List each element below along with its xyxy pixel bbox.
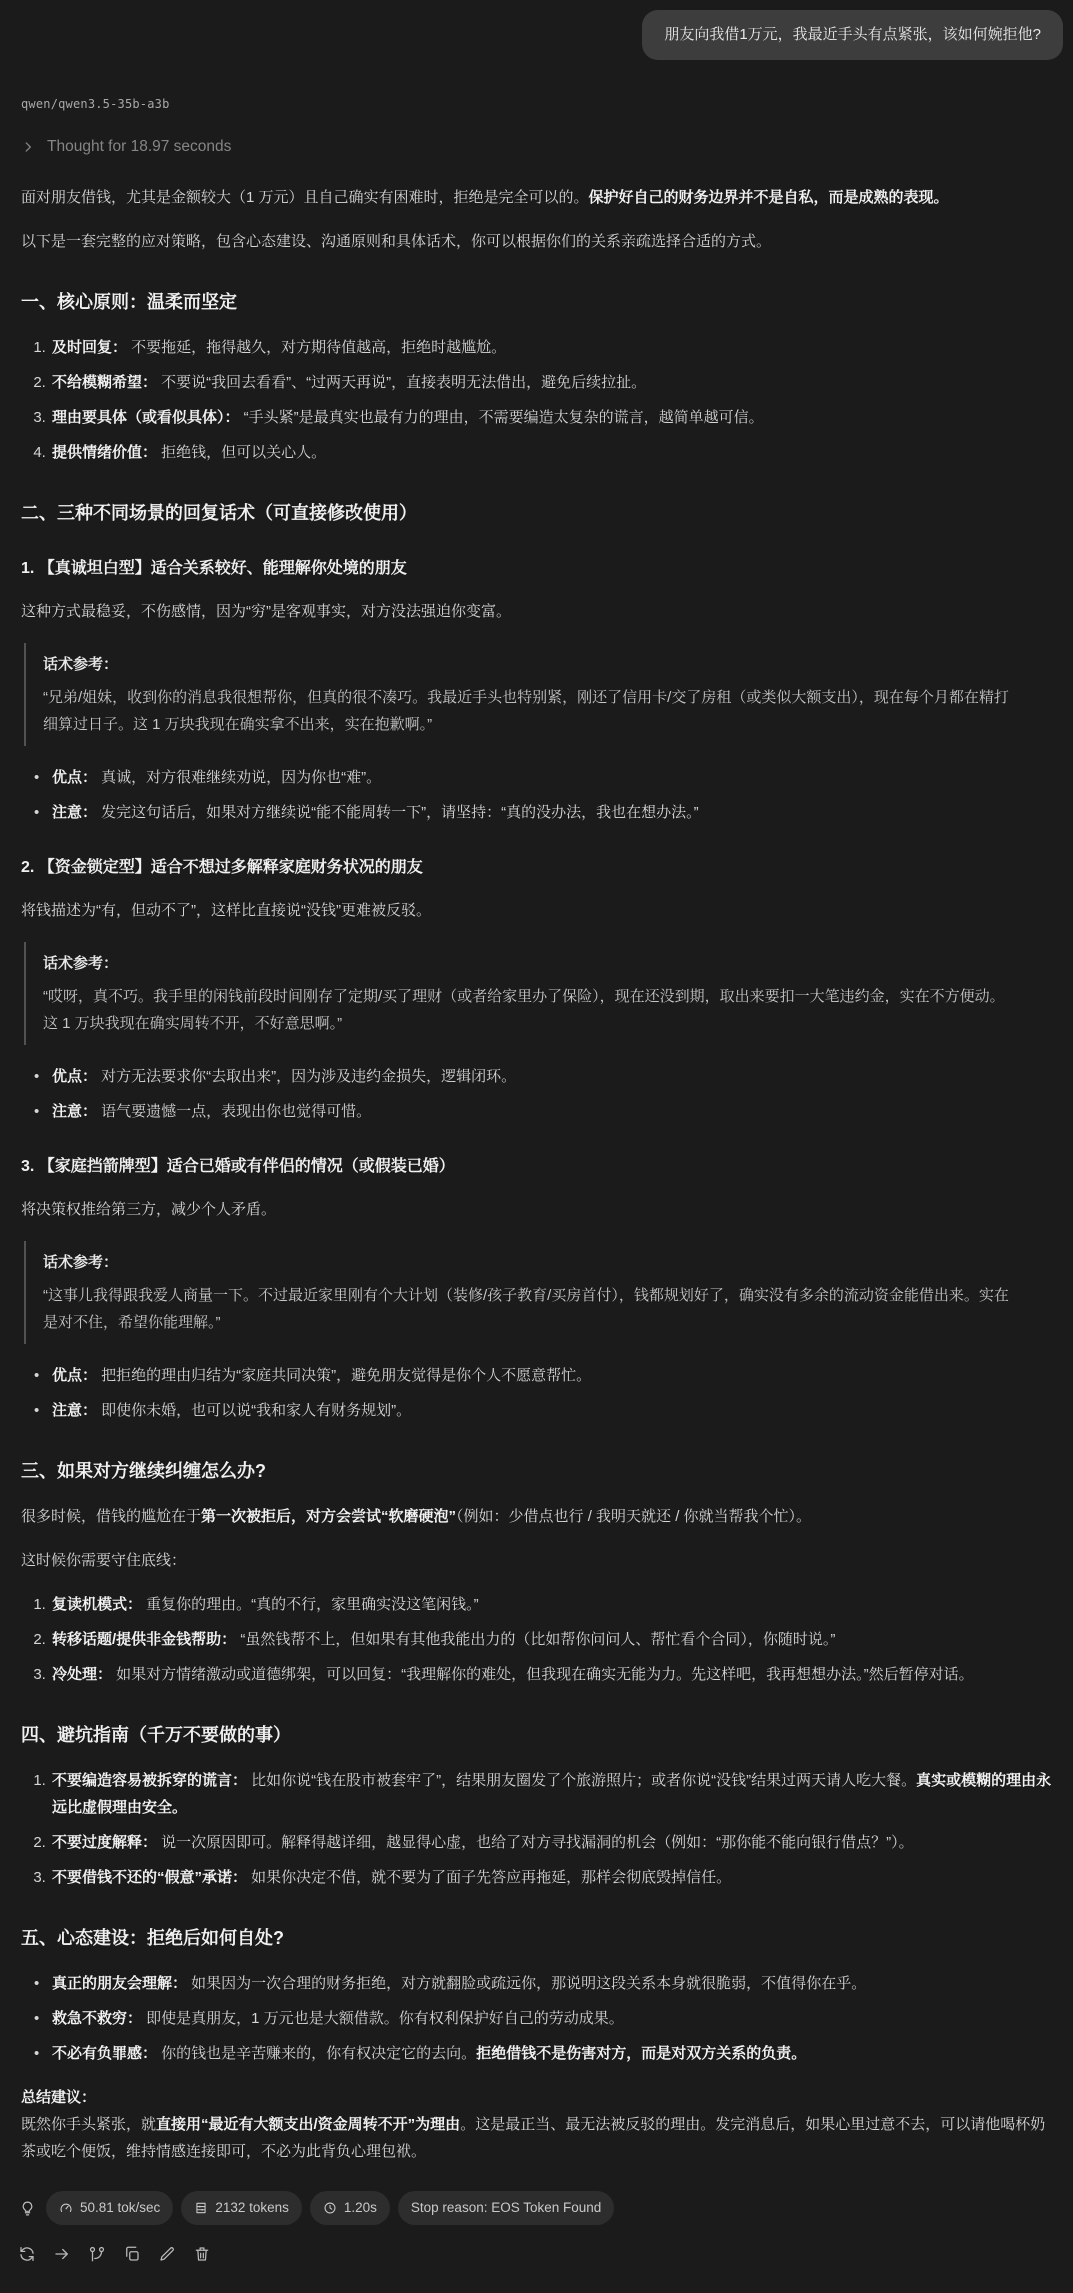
git-branch-icon	[88, 2245, 106, 2263]
section-heading: 四、避坑指南（千万不要做的事）	[21, 1722, 1052, 1749]
speed-pill: 50.81 tok/sec	[46, 2191, 173, 2225]
tokens-icon	[194, 2201, 208, 2215]
quote-block: 话术参考：“兄弟/姐妹，收到你的消息我很想帮你，但真的很不凑巧。我最近手头也特别…	[24, 643, 1052, 746]
list: 真正的朋友会理解： 如果因为一次合理的财务拒绝，对方就翻脸或疏远你，那说明这段关…	[21, 1970, 1052, 2067]
edit-button[interactable]	[154, 2241, 180, 2267]
list-item: 不要过度解释： 说一次原因即可。解释得越详细，越显得心虚，也给了对方寻找漏洞的机…	[50, 1829, 1052, 1856]
list-item: 不必有负罪感： 你的钱也是辛苦赚来的，你有权决定它的去向。拒绝借钱不是伤害对方，…	[50, 2040, 1052, 2067]
model-name-label: qwen/qwen3.5-35b-a3b	[21, 94, 1052, 116]
time-value: 1.20s	[344, 2196, 377, 2220]
list-item: 不要编造容易被拆穿的谎言： 比如你说“钱在股市被套牢了”，结果朋友圈发了个旅游照…	[50, 1767, 1052, 1821]
list-item: 理由要具体（或看似具体）： “手头紧”是最真实也最有力的理由，不需要编造太复杂的…	[50, 404, 1052, 431]
stats-row: 50.81 tok/sec 2132 tokens 1.20s Stop rea…	[17, 2191, 1052, 2225]
section-heading: 五、心态建设：拒绝后如何自处?	[21, 1925, 1052, 1952]
section-heading: 一、核心原则：温柔而坚定	[21, 289, 1052, 316]
paragraph: 这时候你需要守住底线：	[21, 1547, 1052, 1574]
list-item: 救急不救穷： 即使是真朋友，1 万元也是大额借款。你有权利保护好自己的劳动成果。	[50, 2005, 1052, 2032]
paragraph: 总结建议：既然你手头紧张，就直接用“最近有大额支出/资金周转不开”为理由。这是最…	[21, 2084, 1052, 2165]
section-heading: 二、三种不同场景的回复话术（可直接修改使用）	[21, 500, 1052, 527]
list-item: 优点： 对方无法要求你“去取出来”，因为涉及违约金损失，逻辑闭环。	[50, 1063, 1052, 1090]
arrow-right-icon	[53, 2245, 71, 2263]
list: 复读机模式： 重复你的理由。“真的不行，家里确实没这笔闲钱。”转移话题/提供非金…	[21, 1591, 1052, 1688]
list-item: 注意： 发完这句话后，如果对方继续说“能不能周转一下”，请坚持：“真的没办法，我…	[50, 799, 1052, 826]
section-heading: 三、如果对方继续纠缠怎么办?	[21, 1458, 1052, 1485]
trash-icon	[193, 2245, 211, 2263]
list: 优点： 真诚，对方很难继续劝说，因为你也“难”。注意： 发完这句话后，如果对方继…	[21, 764, 1052, 826]
list-item: 提供情绪价值： 拒绝钱，但可以关心人。	[50, 439, 1052, 466]
subsection-heading: 3. 【家庭挡箭牌型】适合已婚或有伴侣的情况（或假装已婚）	[21, 1155, 1052, 1179]
quote-block: 话术参考：“这事儿我得跟我爱人商量一下。不过最近家里刚有个大计划（装修/孩子教育…	[24, 1241, 1052, 1344]
regenerate-button[interactable]	[14, 2241, 40, 2267]
list-item: 注意： 即使你未婚，也可以说“我和家人有财务规划”。	[50, 1397, 1052, 1424]
list: 优点： 把拒绝的理由归结为“家庭共同决策”，避免朋友觉得是你个人不愿意帮忙。注意…	[21, 1362, 1052, 1424]
list-item: 优点： 把拒绝的理由归结为“家庭共同决策”，避免朋友觉得是你个人不愿意帮忙。	[50, 1362, 1052, 1389]
list-item: 转移话题/提供非金钱帮助： “虽然钱帮不上，但如果有其他我能出力的（比如帮你问问…	[50, 1626, 1052, 1653]
chevron-right-icon	[21, 140, 35, 154]
stop-reason-value: Stop reason: EOS Token Found	[411, 2196, 601, 2220]
paragraph: 面对朋友借钱，尤其是金额较大（1 万元）且自己确实有困难时，拒绝是完全可以的。保…	[21, 184, 1052, 211]
list-item: 不给模糊希望： 不要说“我回去看看”、“过两天再说”，直接表明无法借出，避免后续…	[50, 369, 1052, 396]
chat-container: 朋友向我借1万元，我最近手头有点紧张，该如何婉拒他? qwen/qwen3.5-…	[0, 0, 1073, 2293]
subsection-heading: 2. 【资金锁定型】适合不想过多解释家庭财务状况的朋友	[21, 856, 1052, 880]
pencil-icon	[158, 2245, 176, 2263]
list: 优点： 对方无法要求你“去取出来”，因为涉及违约金损失，逻辑闭环。注意： 语气要…	[21, 1063, 1052, 1125]
branch-button[interactable]	[84, 2241, 110, 2267]
subsection-heading: 1. 【真诚坦白型】适合关系较好、能理解你处境的朋友	[21, 557, 1052, 581]
tokens-value: 2132 tokens	[215, 2196, 289, 2220]
continue-button[interactable]	[49, 2241, 75, 2267]
list-item: 真正的朋友会理解： 如果因为一次合理的财务拒绝，对方就翻脸或疏远你，那说明这段关…	[50, 1970, 1052, 1997]
lightbulb-icon[interactable]	[17, 2198, 38, 2219]
time-pill: 1.20s	[310, 2191, 390, 2225]
quote-block: 话术参考：“哎呀，真不巧。我手里的闲钱前段时间刚存了定期/买了理财（或者给家里办…	[24, 942, 1052, 1045]
message-actions	[14, 2241, 1052, 2267]
regenerate-icon	[18, 2245, 36, 2263]
markdown-body: 面对朋友借钱，尤其是金额较大（1 万元）且自己确实有困难时，拒绝是完全可以的。保…	[0, 161, 1073, 2165]
list-item: 不要借钱不还的“假意”承诺： 如果你决定不借，就不要为了面子先答应再拖延，那样会…	[50, 1864, 1052, 1891]
list-item: 复读机模式： 重复你的理由。“真的不行，家里确实没这笔闲钱。”	[50, 1591, 1052, 1618]
gauge-icon	[59, 2201, 73, 2215]
thought-label: Thought for 18.97 seconds	[47, 133, 231, 161]
stop-reason-pill: Stop reason: EOS Token Found	[398, 2191, 614, 2225]
copy-button[interactable]	[119, 2241, 145, 2267]
paragraph: 这种方式最稳妥，不伤感情，因为“穷”是客观事实，对方没法强迫你变富。	[21, 598, 1052, 625]
thought-toggle[interactable]: Thought for 18.97 seconds	[21, 133, 1052, 161]
list: 及时回复： 不要拖延，拖得越久，对方期待值越高，拒绝时越尴尬。不给模糊希望： 不…	[21, 334, 1052, 466]
copy-icon	[123, 2245, 141, 2263]
user-message-bubble: 朋友向我借1万元，我最近手头有点紧张，该如何婉拒他?	[642, 10, 1063, 60]
list-item: 优点： 真诚，对方很难继续劝说，因为你也“难”。	[50, 764, 1052, 791]
list-item: 冷处理： 如果对方情绪激动或道德绑架，可以回复：“我理解你的难处，但我现在确实无…	[50, 1661, 1052, 1688]
list-item: 注意： 语气要遗憾一点，表现出你也觉得可惜。	[50, 1098, 1052, 1125]
paragraph: 很多时候，借钱的尴尬在于第一次被拒后，对方会尝试“软磨硬泡”（例如：少借点也行 …	[21, 1503, 1052, 1530]
paragraph: 将钱描述为“有，但动不了”，这样比直接说“没钱”更难被反驳。	[21, 897, 1052, 924]
delete-button[interactable]	[189, 2241, 215, 2267]
tokens-pill: 2132 tokens	[181, 2191, 302, 2225]
list: 不要编造容易被拆穿的谎言： 比如你说“钱在股市被套牢了”，结果朋友圈发了个旅游照…	[21, 1767, 1052, 1891]
speed-value: 50.81 tok/sec	[80, 2196, 160, 2220]
list-item: 及时回复： 不要拖延，拖得越久，对方期待值越高，拒绝时越尴尬。	[50, 334, 1052, 361]
user-message-row: 朋友向我借1万元，我最近手头有点紧张，该如何婉拒他?	[0, 10, 1073, 60]
clock-icon	[323, 2201, 337, 2215]
paragraph: 以下是一套完整的应对策略，包含心态建设、沟通原则和具体话术，你可以根据你们的关系…	[21, 228, 1052, 255]
assistant-message: qwen/qwen3.5-35b-a3b Thought for 18.97 s…	[0, 94, 1073, 2268]
paragraph: 将决策权推给第三方，减少个人矛盾。	[21, 1196, 1052, 1223]
